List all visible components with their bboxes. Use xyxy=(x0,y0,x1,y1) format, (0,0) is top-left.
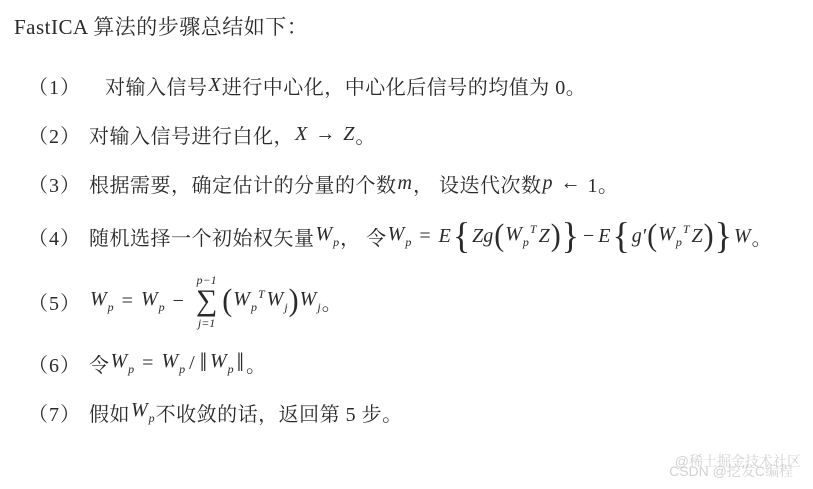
math-subscript: j xyxy=(317,300,320,314)
math-var: WpT xyxy=(505,222,536,250)
math-subscript: j xyxy=(284,300,287,314)
math-operator: → xyxy=(315,123,335,146)
big-delimiter: ) xyxy=(704,220,714,252)
big-delimiter: ) xyxy=(551,220,561,252)
math-var: Z xyxy=(539,225,550,248)
math-var: Wp xyxy=(316,223,340,250)
step-content: Wp=Wp−p−1∑j=1(WpTWj)Wj 。 xyxy=(89,274,342,329)
math-var: g′ xyxy=(632,225,646,248)
math-text: 。 xyxy=(246,349,267,378)
math-subscript: p xyxy=(128,362,134,376)
math-var: WpT xyxy=(658,222,689,250)
math-var: Wp xyxy=(90,288,114,315)
step-content: 对输入信号 X 进行中心化，中心化后信号的均值为 0。 xyxy=(105,71,586,100)
math-var: Wp xyxy=(388,223,412,250)
step-number: （6） xyxy=(28,349,81,378)
math-var: Z xyxy=(692,225,703,248)
step-content: 随机选择一个初始权矢量Wp， 令Wp=E{Zg(WpTZ)}−E{g′(WpTZ… xyxy=(89,218,772,254)
step-number: （3） xyxy=(28,169,81,198)
math-subscript: p xyxy=(333,235,339,249)
step-content: 假如Wp不收敛的话，返回第 5 步。 xyxy=(89,398,403,427)
math-text: 不收敛的话，返回第 5 步。 xyxy=(156,398,403,427)
step-number: （7） xyxy=(28,398,81,427)
math-subscript: p xyxy=(523,235,529,249)
steps-list: （1）对输入信号 X 进行中心化，中心化后信号的均值为 0。（2）对输入信号进行… xyxy=(28,71,813,427)
math-var: p xyxy=(542,172,552,195)
math-subscript: p xyxy=(228,362,234,376)
big-delimiter: } xyxy=(715,218,732,255)
big-delimiter: ) xyxy=(289,286,299,318)
math-text: 。 xyxy=(355,120,376,149)
math-text: 。 xyxy=(752,222,773,251)
math-var: Wj xyxy=(267,288,288,315)
big-delimiter: } xyxy=(562,218,579,255)
math-var: W xyxy=(734,225,751,248)
math-text: 假如 xyxy=(89,398,130,427)
math-operator: = xyxy=(419,225,430,248)
math-operator: ← xyxy=(560,172,580,195)
math-var: Wp xyxy=(161,350,185,377)
math-operator: = xyxy=(142,352,153,375)
step-row: （5）Wp=Wp−p−1∑j=1(WpTWj)Wj 。 xyxy=(28,274,813,329)
document-page: { "colors":{ "text":"#2a2a2a", "watermar… xyxy=(0,0,813,489)
math-text: 对输入信号 xyxy=(105,71,208,100)
math-var: Wp xyxy=(131,399,155,426)
math-subscript: p xyxy=(405,235,411,249)
step-row: （4）随机选择一个初始权矢量Wp， 令Wp=E{Zg(WpTZ)}−E{g′(W… xyxy=(28,218,813,254)
math-var: X xyxy=(209,74,221,97)
step-content: 根据需要，确定估计的分量的个数m， 设迭代次数 p←1。 xyxy=(89,169,618,198)
math-var: Wp xyxy=(210,350,234,377)
math-text: 1。 xyxy=(587,169,618,198)
math-subscript: p xyxy=(159,300,165,314)
math-superscript: T xyxy=(530,222,537,236)
math-text: 对输入信号进行白化， xyxy=(89,120,294,149)
math-var: Zg xyxy=(472,225,493,248)
big-delimiter: ‖ xyxy=(237,350,244,376)
math-text: 令 xyxy=(89,349,110,378)
math-operator: − xyxy=(583,225,594,248)
step-number: （2） xyxy=(28,120,81,149)
step-row: （6）令Wp=Wp/‖Wp‖ 。 xyxy=(28,349,813,378)
math-subscript: p xyxy=(179,362,185,376)
step-row: （1）对输入信号 X 进行中心化，中心化后信号的均值为 0。 xyxy=(28,71,813,100)
big-delimiter: { xyxy=(613,218,630,255)
math-operator: / xyxy=(189,352,195,375)
step-number: （1） xyxy=(28,71,81,100)
math-var: Wp xyxy=(111,350,135,377)
step-number: （5） xyxy=(28,287,81,316)
step-content: 令Wp=Wp/‖Wp‖ 。 xyxy=(89,349,266,378)
math-var: E xyxy=(598,225,610,248)
step-row: （3）根据需要，确定估计的分量的个数m， 设迭代次数 p←1。 xyxy=(28,169,813,198)
math-subscript: p xyxy=(108,300,114,314)
big-delimiter: { xyxy=(453,218,470,255)
math-text: 。 xyxy=(322,287,343,316)
math-text: 进行中心化，中心化后信号的均值为 0。 xyxy=(222,71,587,100)
big-delimiter: ( xyxy=(494,220,504,252)
big-delimiter: ‖ xyxy=(200,350,207,376)
sum-lower-limit: j=1 xyxy=(198,317,215,329)
math-text: ， 设迭代次数 xyxy=(413,169,542,198)
step-row: （2）对输入信号进行白化， X→Z 。 xyxy=(28,120,813,149)
math-operator: − xyxy=(173,290,184,313)
step-content: 对输入信号进行白化， X→Z 。 xyxy=(89,120,376,149)
math-subscript: p xyxy=(676,235,682,249)
sigma-icon: ∑ xyxy=(196,287,217,316)
math-operator: = xyxy=(122,290,133,313)
math-text: ， 令 xyxy=(340,222,387,251)
big-delimiter: ( xyxy=(222,286,232,318)
math-var: Z xyxy=(343,123,354,146)
math-var: E xyxy=(439,225,451,248)
math-superscript: T xyxy=(683,222,690,236)
page-title: FastICA 算法的步骤总结如下： xyxy=(14,11,813,41)
math-text: 随机选择一个初始权矢量 xyxy=(89,222,315,251)
math-var: WpT xyxy=(233,287,264,315)
math-var: m xyxy=(398,172,412,195)
math-subscript: p xyxy=(149,411,155,425)
watermark-csdn: CSDN @挖发C编程 xyxy=(669,461,793,481)
math-var: X xyxy=(295,123,307,146)
big-delimiter: ( xyxy=(647,220,657,252)
step-number: （4） xyxy=(28,222,81,251)
math-var: Wj xyxy=(300,288,321,315)
math-var: Wp xyxy=(141,288,165,315)
math-text: 根据需要，确定估计的分量的个数 xyxy=(89,169,397,198)
math-superscript: T xyxy=(258,287,265,301)
step-row: （7）假如Wp不收敛的话，返回第 5 步。 xyxy=(28,398,813,427)
math-subscript: p xyxy=(251,300,257,314)
summation: p−1∑j=1 xyxy=(196,274,217,329)
